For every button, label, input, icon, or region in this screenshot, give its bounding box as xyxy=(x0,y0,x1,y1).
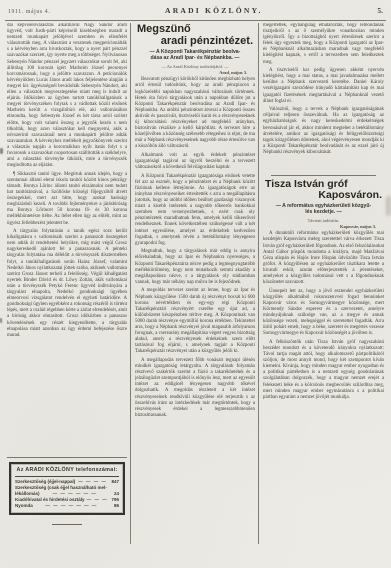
paragraph: A felköszöntők után Tisza István gróf na… xyxy=(263,340,384,401)
page-date: 1911. május 4. xyxy=(8,9,50,15)
page-number: 5. xyxy=(377,6,383,15)
column-right: megértették, egyhangúlag elhatározták, h… xyxy=(263,23,384,546)
paragraph: A tisztviselői kar pedig ügyesen akként … xyxy=(263,68,384,105)
headline-line-2: aradi pénzintézet. xyxy=(135,36,255,48)
column-divider xyxy=(258,23,259,544)
paragraph: A Központi Takarékpénztár igazgatósága e… xyxy=(135,174,255,247)
subhead-line-2: lés kezdetje. — xyxy=(263,209,384,215)
paragraph: A dunántúli református egyházkerületi kö… xyxy=(263,231,384,286)
paragraph: megértették, egyhangúlag elhatározták, h… xyxy=(263,23,384,66)
subhead-line-2: dása az Aradi Ipar- és Népbankba. — xyxy=(135,55,255,61)
page-header: 1911. május 4. ARADI KÖZLÖNY. 5. xyxy=(8,6,383,19)
bank-article-continuation: megértették, egyhangúlag elhatározták, h… xyxy=(263,23,384,173)
section-rule xyxy=(7,457,127,458)
scan-ink-speck xyxy=(0,148,3,154)
bank-article-dateline: Arad, május 3. xyxy=(135,70,255,75)
tisza-article-credit: Távirati tudósítás. xyxy=(263,218,384,223)
tisza-article-dateline: Kaposvár, május 3. xyxy=(263,224,384,229)
left-column-text: dai képviselőválasztás alkalmával Nagy S… xyxy=(7,23,127,455)
paragraph: ¶ Sikkasztó tanító ügye. Megírtuk annak … xyxy=(7,172,127,227)
tisza-article-text: A dunántúli református egyházkerületi kö… xyxy=(263,231,384,401)
headline-line-2: Kaposváron. xyxy=(263,190,384,201)
bank-article-text: Beavatott pénzügyi körökből kitűnően meg… xyxy=(135,77,255,419)
tisza-article-subhead: — A református egyházkerületi közgyű- lé… xyxy=(263,203,384,216)
telephone-numbers-box: Az ARADI KÖZLÖNY telefonszámai: Szerkesz… xyxy=(9,462,125,515)
scan-smudge xyxy=(386,196,391,216)
column-middle: Megszünő aradi pénzintézet. — A Központi… xyxy=(135,23,255,546)
paragraph: dai képviselőválasztás alkalmával Nagy S… xyxy=(7,23,127,169)
phone-box-rows: Szerkesztőség (éjjel-nappal) — — — — 847… xyxy=(15,479,119,509)
header-rule xyxy=(5,20,386,21)
paragraph: A tárgyalás folytatásán a tanúk egész so… xyxy=(7,229,127,339)
phone-box-title: Az ARADI KÖZLÖNY telefonszámai: xyxy=(15,467,119,477)
column-left: dai képviselőválasztás alkalmával Nagy S… xyxy=(7,23,127,546)
phone-box-row: Nyomda — — — — — — — 86 xyxy=(15,503,119,509)
end-mark-rule xyxy=(52,524,82,525)
masthead: ARADI KÖZLÖNY. xyxy=(165,6,263,15)
phone-line-label: Nyomda xyxy=(15,503,33,509)
newspaper-page: 1911. május 4. ARADI KÖZLÖNY. 5. dai kép… xyxy=(0,0,391,568)
article-separator-rule xyxy=(271,175,376,176)
paragraph: Ünnepelt lett az, hogy a jövő esztendei … xyxy=(263,289,384,338)
scan-ink-speck xyxy=(0,318,2,323)
phone-line-number: 86 xyxy=(110,503,119,509)
tisza-article-headline: Tisza István gróf Kaposváron. xyxy=(263,179,384,201)
bank-article-subhead: — A Központi Takarékpénztár beolva- dása… xyxy=(135,49,255,62)
paragraph: Beavatott pénzügyi körökből kitűnően meg… xyxy=(135,77,255,150)
phone-line-number: 847 xyxy=(110,479,119,485)
bank-article-headline: Megszünő aradi pénzintézet. xyxy=(135,24,255,47)
bank-article-byline: — Az Aradi Közlöny tudósítójától. — xyxy=(135,64,255,69)
paragraph: Alkalmunk volt az egyik érdekelt pénzint… xyxy=(135,153,255,171)
paragraph: A megállapodás tervezett főbb vonásait t… xyxy=(135,358,255,419)
phone-line-leader: — — — — — — — xyxy=(33,503,110,509)
column-area: dai képviselőválasztás alkalmával Nagy S… xyxy=(0,23,391,568)
paragraph: A megoldás tervezet szerint az lenne, ho… xyxy=(135,288,255,355)
paragraph: Megtudtuk, hogy a tárgyalások már eddig … xyxy=(135,249,255,286)
paragraph: Valószínű, hogy a tervek a Népbank igazg… xyxy=(263,107,384,156)
headline-line-1: Megszünő xyxy=(135,24,255,36)
column-divider xyxy=(130,23,131,544)
